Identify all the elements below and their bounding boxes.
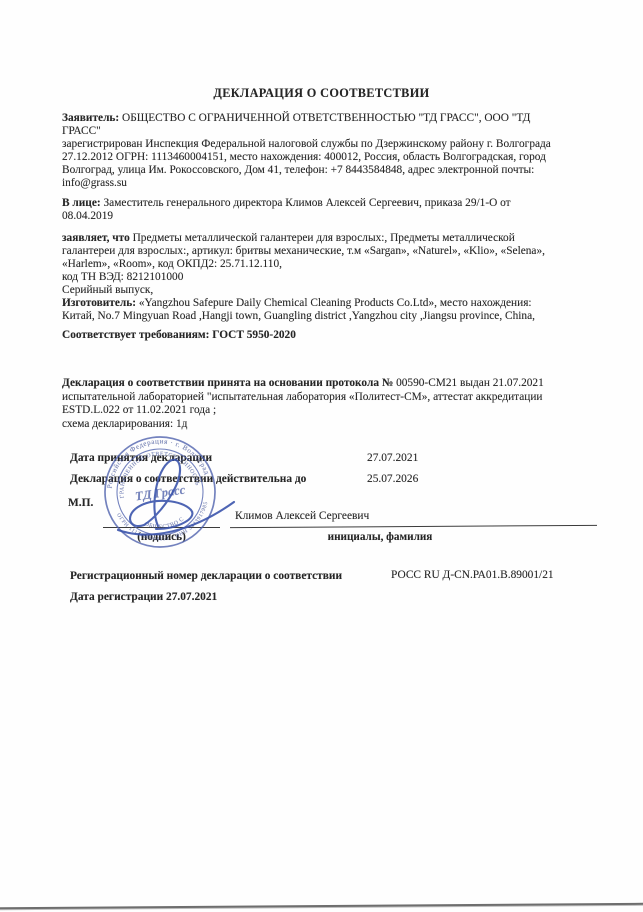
person-label: В лице: bbox=[62, 197, 101, 209]
manufacturer-label: Изготовитель: bbox=[62, 297, 136, 309]
signatory-name-line bbox=[230, 525, 597, 528]
signature-stroke-oval bbox=[130, 501, 192, 529]
signature-stroke-flourish bbox=[118, 502, 234, 535]
person-text: Заместитель генерального директора Климо… bbox=[62, 197, 511, 222]
declaration-subject-paragraph: заявляет, что Предметы металлической гал… bbox=[62, 232, 620, 297]
declares-label: заявляет, что bbox=[62, 232, 130, 244]
registration-number-value: РОСС RU Д-CN.РА01.В.89001/21 bbox=[391, 569, 554, 581]
conformity-requirements-line: Соответствует требованиям: ГОСТ 5950-202… bbox=[62, 329, 620, 342]
validity-date-value: 25.07.2026 bbox=[367, 473, 418, 485]
signature-stroke-loop bbox=[144, 460, 180, 526]
handwritten-signature-icon bbox=[106, 446, 256, 538]
applicant-text: ОБЩЕСТВО С ОГРАНИЧЕННОЙ ОТВЕТСТВЕННОСТЬЮ… bbox=[62, 112, 551, 189]
registration-date-label: Дата регистрации 27.07.2021 bbox=[70, 591, 217, 603]
document-page: ДЕКЛАРАЦИЯ О СООТВЕТСТВИИ Заявитель: ОБЩ… bbox=[0, 0, 643, 912]
manufacturer-paragraph: Изготовитель: «Yangzhou Safepure Daily C… bbox=[62, 297, 620, 323]
applicant-paragraph: Заявитель: ОБЩЕСТВО С ОГРАНИЧЕННОЙ ОТВЕТ… bbox=[62, 112, 620, 190]
signatory-name-caption: инициалы, фамилия bbox=[230, 531, 530, 543]
protocol-label: Декларация о соответствии принята на осн… bbox=[62, 377, 393, 389]
declares-text: Предметы металлической галантереи для вз… bbox=[62, 232, 545, 296]
page-bottom-scan-edge bbox=[0, 903, 643, 910]
applicant-label: Заявитель: bbox=[62, 112, 119, 124]
document-title: ДЕКЛАРАЦИЯ О СООТВЕТСТВИИ bbox=[0, 86, 643, 101]
person-paragraph: В лице: Заместитель генерального директо… bbox=[62, 197, 620, 223]
adoption-date-value: 27.07.2021 bbox=[367, 452, 418, 464]
